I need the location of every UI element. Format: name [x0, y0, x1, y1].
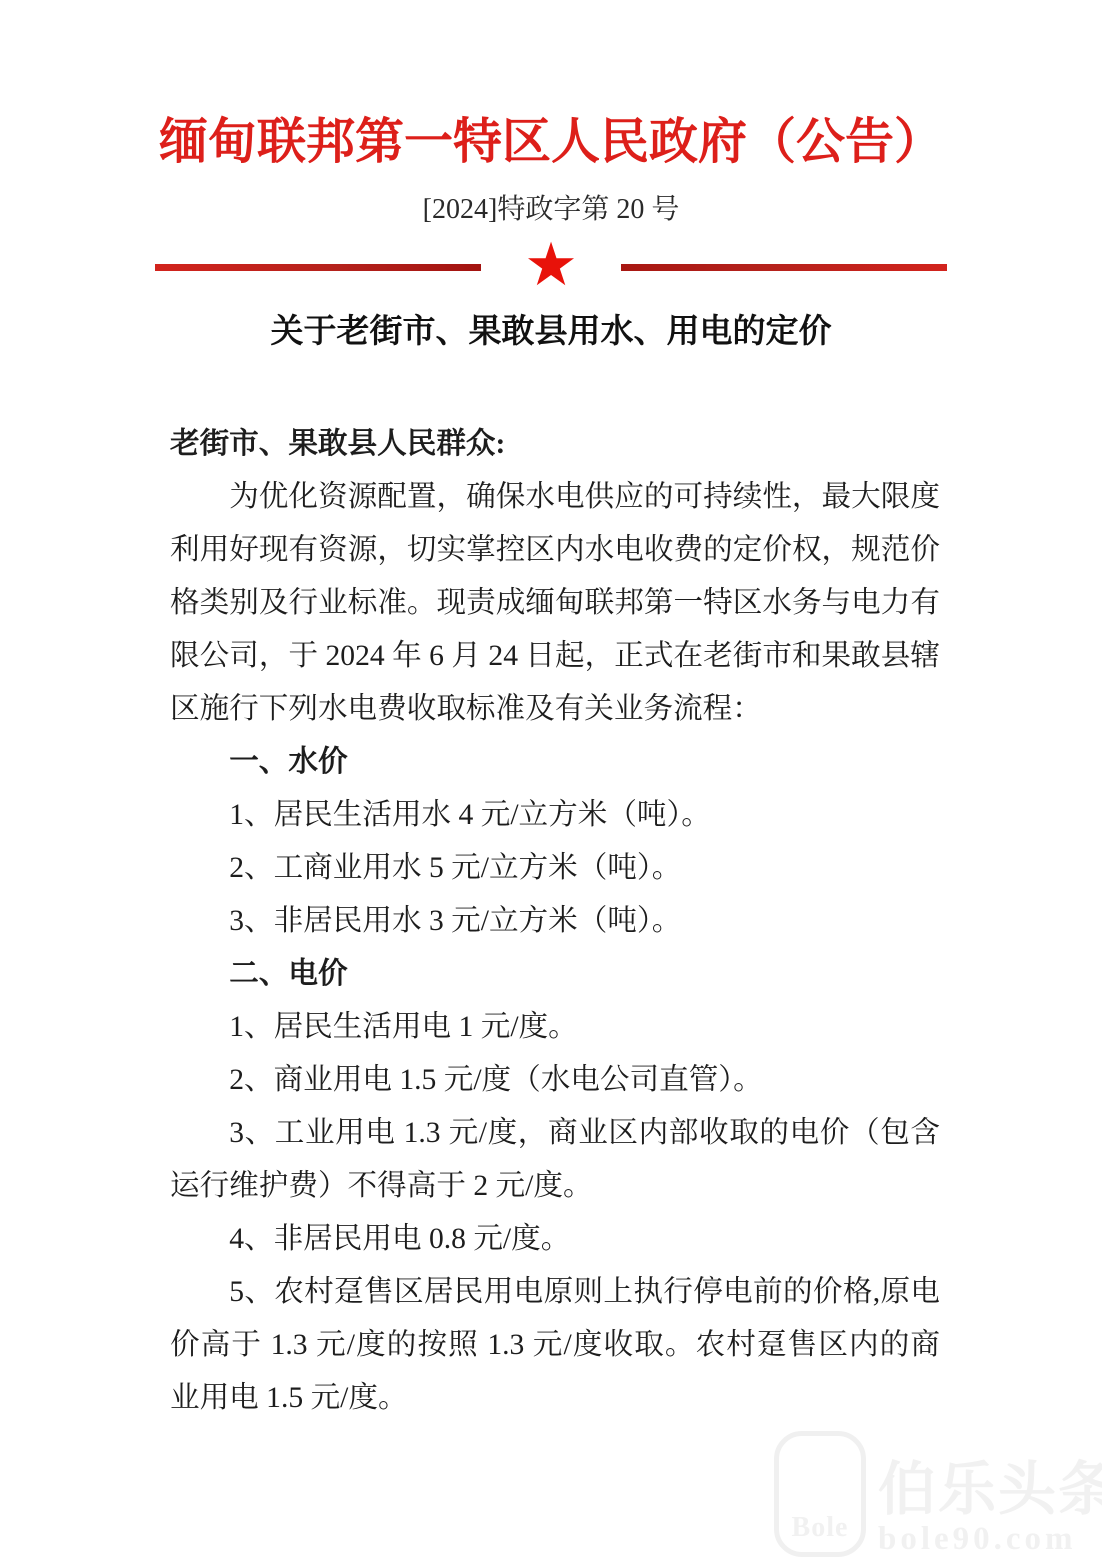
- star-icon: ★: [524, 235, 578, 295]
- electricity-price-item-2: 2、商业用电 1.5 元/度（水电公司直管）。: [170, 1054, 940, 1107]
- watermark-site-url: bole90.com: [878, 1521, 1102, 1557]
- watermark: Bole 伯乐头条 bole90.com: [774, 1431, 1102, 1557]
- water-price-item-3: 3、非居民用水 3 元/立方米（吨）。: [170, 895, 940, 948]
- water-price-item-2: 2、工商业用水 5 元/立方米（吨）。: [170, 842, 940, 895]
- doc-number: [2024]特政字第 20 号: [0, 192, 1102, 228]
- star-divider: ★: [155, 238, 947, 296]
- watermark-text-block: 伯乐头条 bole90.com: [878, 1431, 1102, 1557]
- page-title: 缅甸联邦第一特区人民政府（公告）: [0, 0, 1102, 174]
- body-paragraph: 为优化资源配置，确保水电供应的可持续性，最大限度利用好现有资源，切实掌控区内水电…: [170, 471, 940, 736]
- electricity-price-item-1: 1、居民生活用电 1 元/度。: [170, 1001, 940, 1054]
- divider-line-right: [621, 264, 947, 271]
- watermark-site-name: 伯乐头条: [878, 1460, 1102, 1521]
- watermark-bole-badge: Bole: [774, 1431, 866, 1557]
- salutation: 老街市、果敢县人民群众:: [170, 418, 940, 471]
- electricity-price-item-3: 3、工业用电 1.3 元/度，商业区内部收取的电价（包含运行维护费）不得高于 2…: [170, 1107, 940, 1213]
- announcement-page: 缅甸联邦第一特区人民政府（公告） [2024]特政字第 20 号 ★ 关于老街市…: [0, 0, 1102, 1559]
- section-heading-electricity: 二、电价: [170, 948, 940, 1001]
- document-body: 老街市、果敢县人民群众: 为优化资源配置，确保水电供应的可持续性，最大限度利用好…: [0, 418, 1102, 1425]
- electricity-price-item-4: 4、非居民用电 0.8 元/度。: [170, 1213, 940, 1266]
- water-price-item-1: 1、居民生活用水 4 元/立方米（吨）。: [170, 789, 940, 842]
- divider-line-left: [155, 264, 481, 271]
- announcement-subject: 关于老街市、果敢县用水、用电的定价: [0, 310, 1102, 354]
- electricity-price-item-5: 5、农村趸售区居民用电原则上执行停电前的价格,原电价高于 1.3 元/度的按照 …: [170, 1266, 940, 1425]
- section-heading-water: 一、水价: [170, 736, 940, 789]
